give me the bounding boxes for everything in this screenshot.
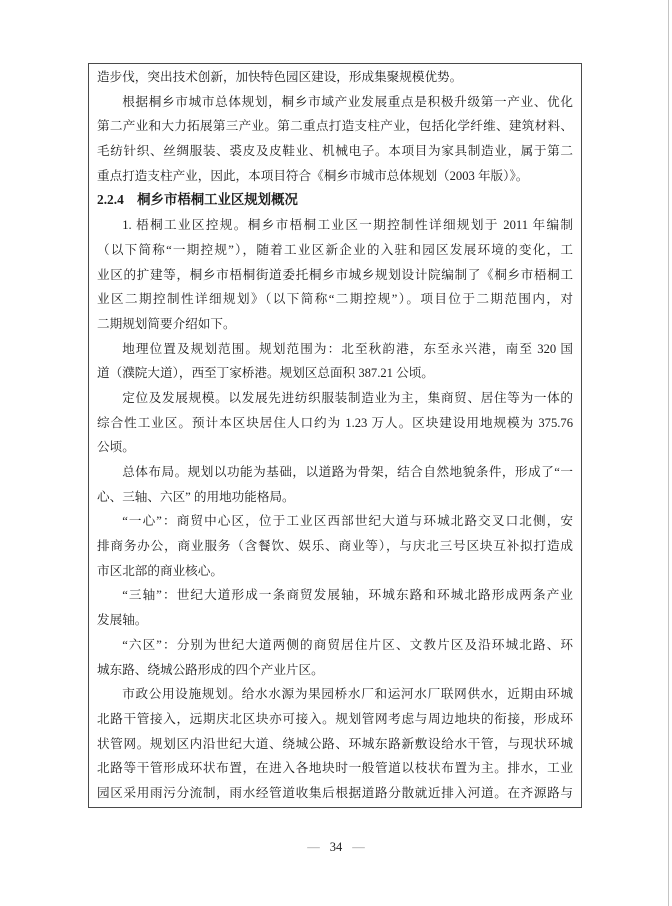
text-line: 业区二期控制性详细规划》（以下简称“二期控规”）。项目位于二期范围内，对	[97, 287, 573, 312]
text-line: 重点打造支柱产业，因此，本项目符合《桐乡市城市总体规划（2003 年版）》。	[97, 164, 573, 189]
text-line: 状管网。规划区内沿世纪大道、绕城公路、环城东路新敷设给水干管，与现状环城	[97, 732, 573, 757]
text-line: 业区的扩建等，桐乡市梧桐街道委托桐乡市城乡规划设计院编制了《桐乡市梧桐工	[97, 263, 573, 288]
text-line: 城东路、绕城公路形成的四个产业片区。	[97, 658, 573, 683]
text-line: 北路干管接入，远期庆北区块亦可接入。规划管网考虑与周边地块的衔接，形成环	[97, 707, 573, 732]
text-line: 地理位置及规划范围。规划范围为：北至秋韵港，东至永兴港，南至 320 国	[97, 337, 573, 362]
page-number: 34	[320, 840, 353, 854]
page-footer: —34—	[0, 839, 672, 855]
text-line: “三轴”：世纪大道形成一条商贸发展轴，环城东路和环城北路形成两条产业	[97, 583, 573, 608]
text-line: 北路等干管形成环状布置，在进入各地块时一般管道以枝状布置为主。排水，工业	[97, 756, 573, 781]
text-line: 二期规划简要介绍如下。	[97, 312, 573, 337]
text-line: 毛纺针织、丝绸服装、裘皮及皮鞋业、机械电子。本项目为家具制造业，属于第二	[97, 139, 573, 164]
text-line: 排商务办公，商业服务（含餐饮、娱乐、商业等），与庆北三号区块互补拟打造成	[97, 534, 573, 559]
text-line: “一心”：商贸中心区，位于工业区西部世纪大道与环城北路交叉口北侧，安	[97, 509, 573, 534]
text-line: 园区采用雨污分流制，雨水经管道收集后根据道路分散就近排入河道。在齐源路与	[97, 781, 573, 806]
section-heading: 2.2.4 桐乡市梧桐工业区规划概况	[97, 188, 573, 213]
text-line: 定位及发展规模。以发展先进纺织服装制造业为主，集商贸、居住等为一体的	[97, 386, 573, 411]
text-line: 造步伐，突出技术创新，加快特色园区建设，形成集聚规模优势。	[97, 65, 573, 90]
text-line: 1. 梧桐工业区控规。桐乡市梧桐工业区一期控制性详细规划于 2011 年编制	[97, 213, 573, 238]
text-line: 第二产业和大力拓展第三产业。第二重点打造支柱产业，包括化学纤维、建筑材料、	[97, 114, 573, 139]
text-line: 总体布局。规划以功能为基础，以道路为骨架，结合自然地貌条件，形成了“一	[97, 460, 573, 485]
text-line: 公顷。	[97, 435, 573, 460]
text-line: 发展轴。	[97, 608, 573, 633]
footer-left-dash: —	[307, 840, 320, 854]
text-line: （以下简称“一期控规”），随着工业区新企业的入驻和园区发展环境的变化，工	[97, 238, 573, 263]
scan-edge-line	[668, 0, 669, 906]
text-line: “六区”：分别为世纪大道两侧的商贸居住片区、文教片区及沿环城北路、环	[97, 633, 573, 658]
document-page: 造步伐，突出技术创新，加快特色园区建设，形成集聚规模优势。根据桐乡市城市总体规划…	[0, 0, 672, 906]
text-line: 市政公用设施规划。给水水源为果园桥水厂和运河水厂联网供水，近期由环城	[97, 682, 573, 707]
text-line: 心、三轴、六区” 的用地功能格局。	[97, 485, 573, 510]
text-line: 市区北部的商业核心。	[97, 559, 573, 584]
text-line: 综合性工业区。预计本区块居住人口约为 1.23 万人。区块建设用地规模为 375…	[97, 411, 573, 436]
text-line: 道（濮院大道），西至丁家桥港。规划区总面积 387.21 公顷。	[97, 361, 573, 386]
text-line: 根据桐乡市城市总体规划，桐乡市域产业发展重点是积极升级第一产业、优化	[97, 90, 573, 115]
footer-right-dash: —	[352, 840, 365, 854]
text-frame: 造步伐，突出技术创新，加快特色园区建设，形成集聚规模优势。根据桐乡市城市总体规划…	[88, 63, 582, 808]
